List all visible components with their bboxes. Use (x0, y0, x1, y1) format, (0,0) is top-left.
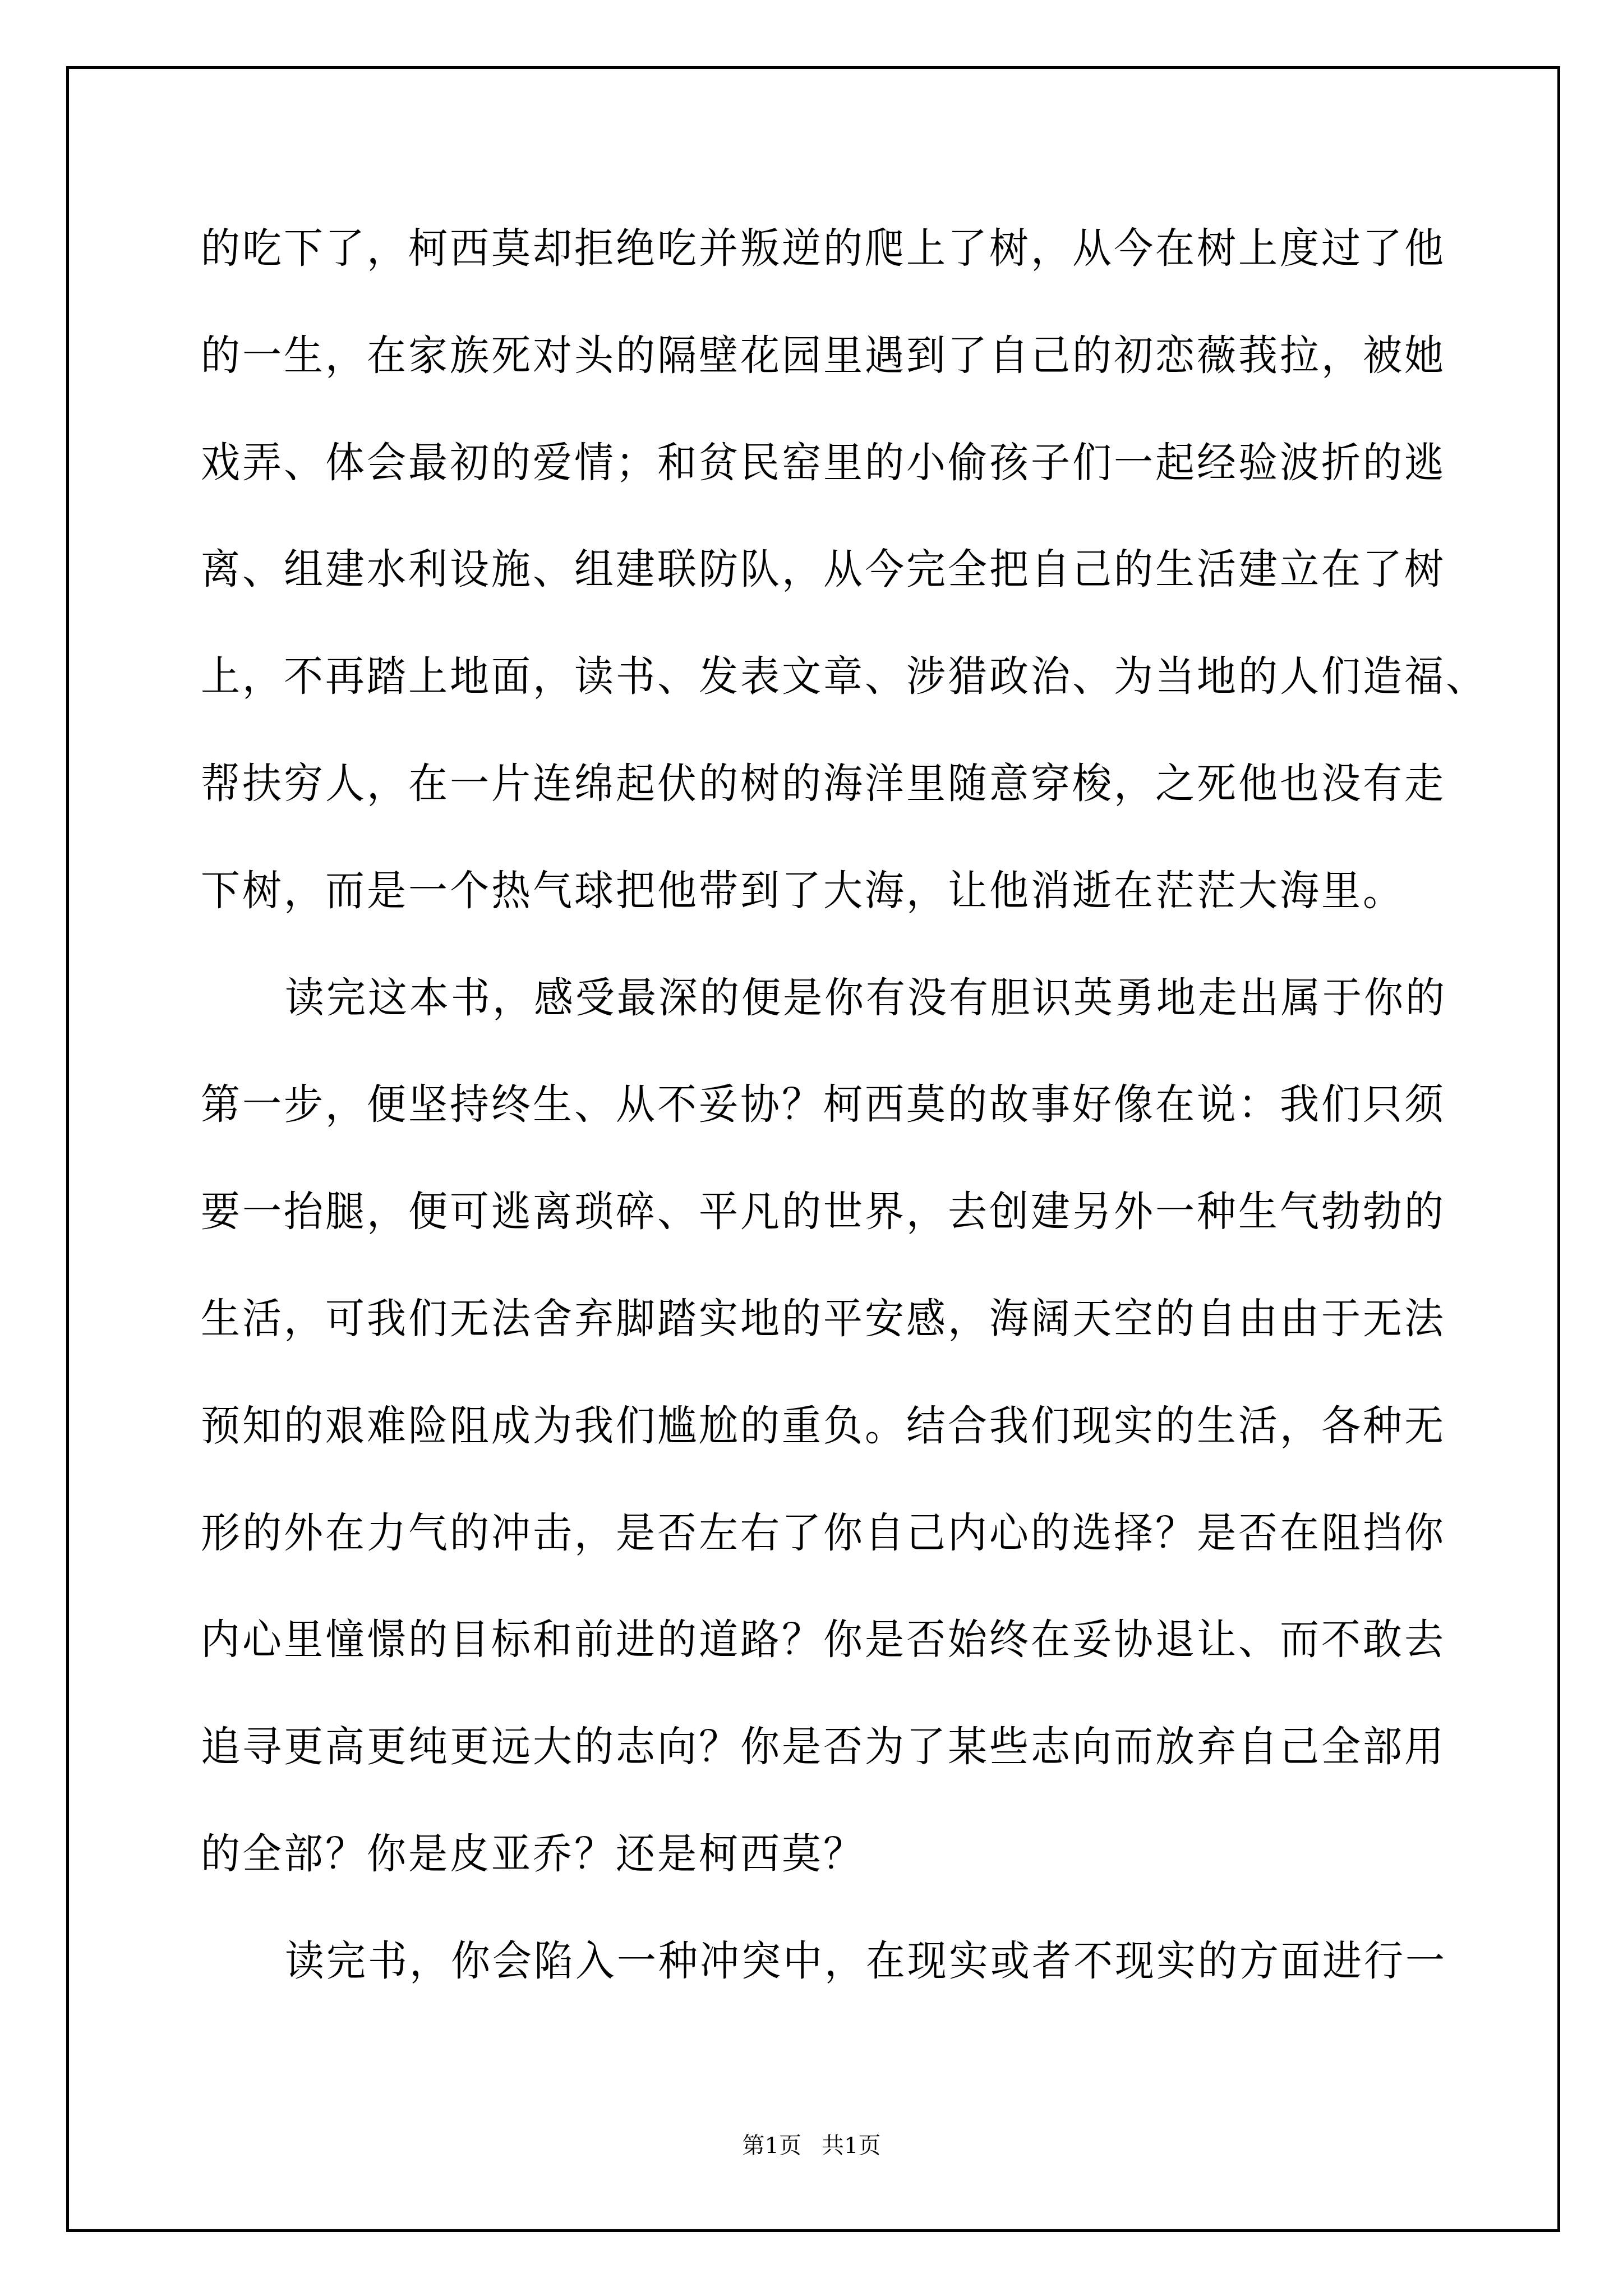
line-text: 读完书，你会陷入一种冲突中，在现实或者不现实的方面进行一 (285, 1931, 1447, 1990)
text-line: 追寻更高更纯更远大的志向？你是否为了某些志向而放弃自己全部用 (201, 1717, 1446, 1824)
line-text: 上，不再踏上地面，读书、发表文章、涉猎政治、为当地的人们造福、 (201, 647, 1487, 706)
text-line: 第一步，便坚持终生、从不妥协？柯西莫的故事好像在说：我们只须 (201, 1075, 1446, 1182)
text-line: 内心里憧憬的目标和前进的道路？你是否始终在妥协退让、而不敢去 (201, 1610, 1446, 1717)
text-line-indented: 读完书，你会陷入一种冲突中，在现实或者不现实的方面进行一 (201, 1931, 1446, 2039)
line-text: 内心里憧憬的目标和前进的道路？你是否始终在妥协退让、而不敢去 (201, 1610, 1446, 1669)
line-text: 第一步，便坚持终生、从不妥协？柯西莫的故事好像在说：我们只须 (201, 1075, 1446, 1134)
text-line: 要一抬腿，便可逃离琐碎、平凡的世界，去创建另外一种生气勃勃的 (201, 1182, 1446, 1289)
page-number-total: 共1页 (822, 2133, 880, 2159)
line-text: 的全部？你是皮亚乔？还是柯西莫？ (201, 1824, 865, 1883)
line-text: 离、组建水利设施、组建联防队，从今完全把自己的生活建立在了树 (201, 540, 1446, 599)
text-line-indented: 读完这本书，感受最深的便是你有没有胆识英勇地走出属于你的 (201, 968, 1446, 1075)
line-text: 的吃下了，柯西莫却拒绝吃并叛逆的爬上了树，从今在树上度过了他 (201, 219, 1446, 278)
text-line: 上，不再踏上地面，读书、发表文章、涉猎政治、为当地的人们造福、 (201, 647, 1446, 754)
text-line: 的一生，在家族死对头的隔壁花园里遇到了自己的初恋薇莪拉，被她 (201, 326, 1446, 433)
line-text: 下树，而是一个热气球把他带到了大海，让他消逝在茫茫大海里。 (201, 861, 1404, 920)
line-text: 追寻更高更纯更远大的志向？你是否为了某些志向而放弃自己全部用 (201, 1717, 1446, 1776)
page-footer: 第1页共1页 (0, 2132, 1623, 2160)
text-line: 预知的艰难险阻成为我们尴尬的重负。结合我们现实的生活，各种无 (201, 1396, 1446, 1503)
text-line: 戏弄、体会最初的爱情；和贫民窑里的小偷孩子们一起经验波折的逃 (201, 433, 1446, 540)
line-text: 生活，可我们无法舍弃脚踏实地的平安感，海阔天空的自由由于无法 (201, 1289, 1446, 1348)
text-line: 下树，而是一个热气球把他带到了大海，让他消逝在茫茫大海里。 (201, 861, 1446, 968)
text-line: 离、组建水利设施、组建联防队，从今完全把自己的生活建立在了树 (201, 540, 1446, 647)
text-line: 生活，可我们无法舍弃脚踏实地的平安感，海阔天空的自由由于无法 (201, 1289, 1446, 1396)
line-text: 戏弄、体会最初的爱情；和贫民窑里的小偷孩子们一起经验波折的逃 (201, 433, 1446, 492)
line-text: 的一生，在家族死对头的隔壁花园里遇到了自己的初恋薇莪拉，被她 (201, 326, 1446, 385)
document-body: 的吃下了，柯西莫却拒绝吃并叛逆的爬上了树，从今在树上度过了他 的一生，在家族死对… (201, 219, 1446, 2039)
line-text: 要一抬腿，便可逃离琐碎、平凡的世界，去创建另外一种生气勃勃的 (201, 1182, 1446, 1241)
text-line: 帮扶穷人，在一片连绵起伏的树的海洋里随意穿梭，之死他也没有走 (201, 754, 1446, 861)
line-text: 形的外在力气的冲击，是否左右了你自己内心的选择？是否在阻挡你 (201, 1503, 1446, 1562)
text-line: 的全部？你是皮亚乔？还是柯西莫？ (201, 1824, 1446, 1931)
text-line: 形的外在力气的冲击，是否左右了你自己内心的选择？是否在阻挡你 (201, 1503, 1446, 1611)
page-number-current: 第1页 (743, 2133, 801, 2159)
line-text: 帮扶穷人，在一片连绵起伏的树的海洋里随意穿梭，之死他也没有走 (201, 754, 1446, 813)
text-line: 的吃下了，柯西莫却拒绝吃并叛逆的爬上了树，从今在树上度过了他 (201, 219, 1446, 326)
line-text: 预知的艰难险阻成为我们尴尬的重负。结合我们现实的生活，各种无 (201, 1396, 1446, 1455)
line-text: 读完这本书，感受最深的便是你有没有胆识英勇地走出属于你的 (285, 968, 1447, 1027)
